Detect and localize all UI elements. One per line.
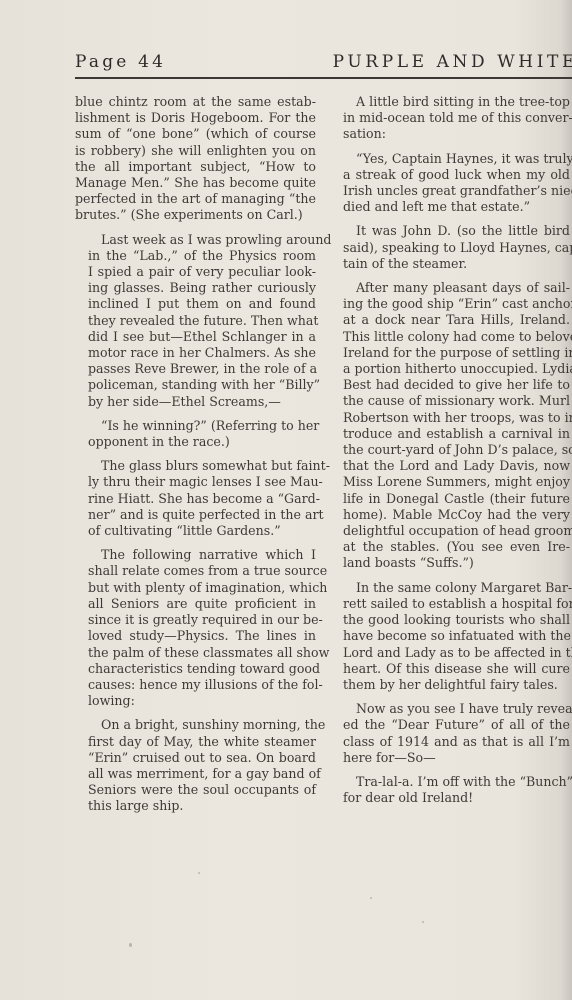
text-line: The following narrative which I <box>75 547 316 563</box>
text-line: opponent in the race.) <box>75 434 316 450</box>
text-line: Now as you see I have truly reveal- <box>330 701 570 717</box>
text-line: is robbery) she will enlighten you on <box>75 143 316 159</box>
text-line: troduce and establish a carnival in <box>330 426 570 442</box>
text-line: a portion hitherto unoccupied. Lydia <box>330 361 570 377</box>
text-line: a streak of good luck when my old <box>330 167 570 183</box>
text-line: shall relate comes from a true source <box>75 563 316 579</box>
text-line: here for—So— <box>330 750 570 766</box>
paragraph: It was John D. (so the little birdsaid),… <box>330 223 570 272</box>
paper-speck <box>198 872 200 874</box>
paragraph: A little bird sitting in the tree-topin … <box>330 94 570 143</box>
text-line: that the Lord and Lady Davis, now <box>330 458 570 474</box>
text-line: all was merriment, for a gay band of <box>75 766 316 782</box>
text-line: first day of May, the white steamer <box>75 734 316 750</box>
text-line: have become so infatuated with the <box>330 628 570 644</box>
paragraph: The glass blurs somewhat but faint-ly th… <box>75 458 316 539</box>
text-line: ner” and is quite perfected in the art <box>75 507 316 523</box>
paragraph: The following narrative which Ishall rel… <box>75 547 316 709</box>
text-line: On a bright, sunshiny morning, the <box>75 717 316 733</box>
text-line: since it is greatly required in our be- <box>75 612 316 628</box>
text-line: ing the good ship “Erin” cast anchor <box>330 296 570 312</box>
text-line: land boasts “Suffs.”) <box>330 555 570 571</box>
text-line: died and left me that estate.” <box>330 199 570 215</box>
text-line: “Yes, Captain Haynes, it was truly <box>330 151 570 167</box>
paper-speck <box>129 943 132 947</box>
paragraph: After many pleasant days of sail-ing the… <box>330 280 570 572</box>
paragraph: In the same colony Margaret Bar-rett sai… <box>330 580 570 693</box>
text-line: “Is he winning?” (Referring to her <box>75 418 316 434</box>
text-line: Ireland for the purpose of settling in <box>330 345 570 361</box>
journal-title: PURPLE AND WHITE <box>333 52 572 72</box>
text-line: but with plenty of imagination, which <box>75 580 316 596</box>
right-column: A little bird sitting in the tree-topin … <box>330 94 570 814</box>
text-line: ing glasses. Being rather curiously <box>75 280 316 296</box>
text-line: Miss Lorene Summers, might enjoy <box>330 474 570 490</box>
text-line: Robertson with her troops, was to in- <box>330 410 570 426</box>
text-line: perfected in the art of managing “the <box>75 191 316 207</box>
text-line: did I see but—Ethel Schlanger in a <box>75 329 316 345</box>
text-line: life in Donegal Castle (their future <box>330 491 570 507</box>
left-column: blue chintz room at the same estab-lishm… <box>75 94 316 823</box>
text-line: brutes.” (She experiments on Carl.) <box>75 207 316 223</box>
text-line: they revealed the future. Then what <box>75 313 316 329</box>
text-line: sum of “one bone” (which of course <box>75 126 316 142</box>
text-line: this large ship. <box>75 798 316 814</box>
text-line: home). Mable McCoy had the very <box>330 507 570 523</box>
text-line: characteristics tending toward good <box>75 661 316 677</box>
text-line: the good looking tourists who shall <box>330 612 570 628</box>
text-line: tain of the steamer. <box>330 256 570 272</box>
text-line: policeman, standing with her “Billy” <box>75 377 316 393</box>
page-number: Page 44 <box>75 52 166 72</box>
text-line: After many pleasant days of sail- <box>330 280 570 296</box>
text-line: Lord and Lady as to be affected in the <box>330 645 570 661</box>
text-line: them by her delightful fairy tales. <box>330 677 570 693</box>
text-line: The glass blurs somewhat but faint- <box>75 458 316 474</box>
text-line: the palm of these classmates all show <box>75 645 316 661</box>
text-line: I spied a pair of very peculiar look- <box>75 264 316 280</box>
text-line: said), speaking to Lloyd Haynes, cap- <box>330 240 570 256</box>
text-line: ly thru their magic lenses I see Mau- <box>75 474 316 490</box>
text-line: Manage Men.” She has become quite <box>75 175 316 191</box>
text-line: at a dock near Tara Hills, Ireland. <box>330 312 570 328</box>
paragraph: “Yes, Captain Haynes, it was trulya stre… <box>330 151 570 216</box>
text-line: “Erin” cruised out to sea. On board <box>75 750 316 766</box>
text-line: at the stables. (You see even Ire- <box>330 539 570 555</box>
text-line: the cause of missionary work. Murl <box>330 393 570 409</box>
text-line: It was John D. (so the little bird <box>330 223 570 239</box>
text-line: by her side—Ethel Screams,— <box>75 394 316 410</box>
text-line: the court-yard of John D’s palace, so <box>330 442 570 458</box>
paragraph: On a bright, sunshiny morning, thefirst … <box>75 717 316 814</box>
text-line: class of 1914 and as that is all I’m <box>330 734 570 750</box>
text-line: in mid-ocean told me of this conver- <box>330 110 570 126</box>
text-line: lishment is Doris Hogeboom. For the <box>75 110 316 126</box>
paragraph: Now as you see I have truly reveal-ed th… <box>330 701 570 766</box>
text-line: A little bird sitting in the tree-top <box>330 94 570 110</box>
text-line: rine Hiatt. She has become a “Gard- <box>75 491 316 507</box>
text-line: loved study—Physics. The lines in <box>75 628 316 644</box>
text-line: This little colony had come to beloved <box>330 329 570 345</box>
paragraph: “Is he winning?” (Referring to heroppone… <box>75 418 316 450</box>
text-line: In the same colony Margaret Bar- <box>330 580 570 596</box>
text-line: inclined I put them on and found <box>75 296 316 312</box>
text-line: in the “Lab.,” of the Physics room <box>75 248 316 264</box>
paragraph: Last week as I was prowling aroundin the… <box>75 232 316 410</box>
text-line: causes: hence my illusions of the fol- <box>75 677 316 693</box>
text-line: blue chintz room at the same estab- <box>75 94 316 110</box>
text-line: Best had decided to give her life to <box>330 377 570 393</box>
text-line: the all important subject, “How to <box>75 159 316 175</box>
text-line: passes Reve Brewer, in the role of a <box>75 361 316 377</box>
text-line: delightful occupation of head groom <box>330 523 570 539</box>
paper-speck <box>422 921 424 923</box>
paragraph: blue chintz room at the same estab-lishm… <box>75 94 316 224</box>
text-line: Irish uncles great grandfather’s niece <box>330 183 570 199</box>
text-line: Tra-lal-a. I’m off with the “Bunch” <box>330 774 570 790</box>
scanned-page: Page 44 PURPLE AND WHITE blue chintz roo… <box>0 0 572 1000</box>
text-line: heart. Of this disease she will cure <box>330 661 570 677</box>
text-line: Seniors were the soul occupants of <box>75 782 316 798</box>
text-line: sation: <box>330 126 570 142</box>
text-line: of cultivating “little Gardens.” <box>75 523 316 539</box>
header-rule <box>75 77 572 79</box>
text-line: motor race in her Chalmers. As she <box>75 345 316 361</box>
text-line: lowing: <box>75 693 316 709</box>
paragraph: Tra-lal-a. I’m off with the “Bunch”for d… <box>330 774 570 806</box>
text-line: for dear old Ireland! <box>330 790 570 806</box>
text-line: rett sailed to establish a hospital for <box>330 596 570 612</box>
text-line: Last week as I was prowling around <box>75 232 316 248</box>
paper-speck <box>370 897 372 899</box>
text-line: ed the “Dear Future” of all of the <box>330 717 570 733</box>
text-line: all Seniors are quite proficient in <box>75 596 316 612</box>
